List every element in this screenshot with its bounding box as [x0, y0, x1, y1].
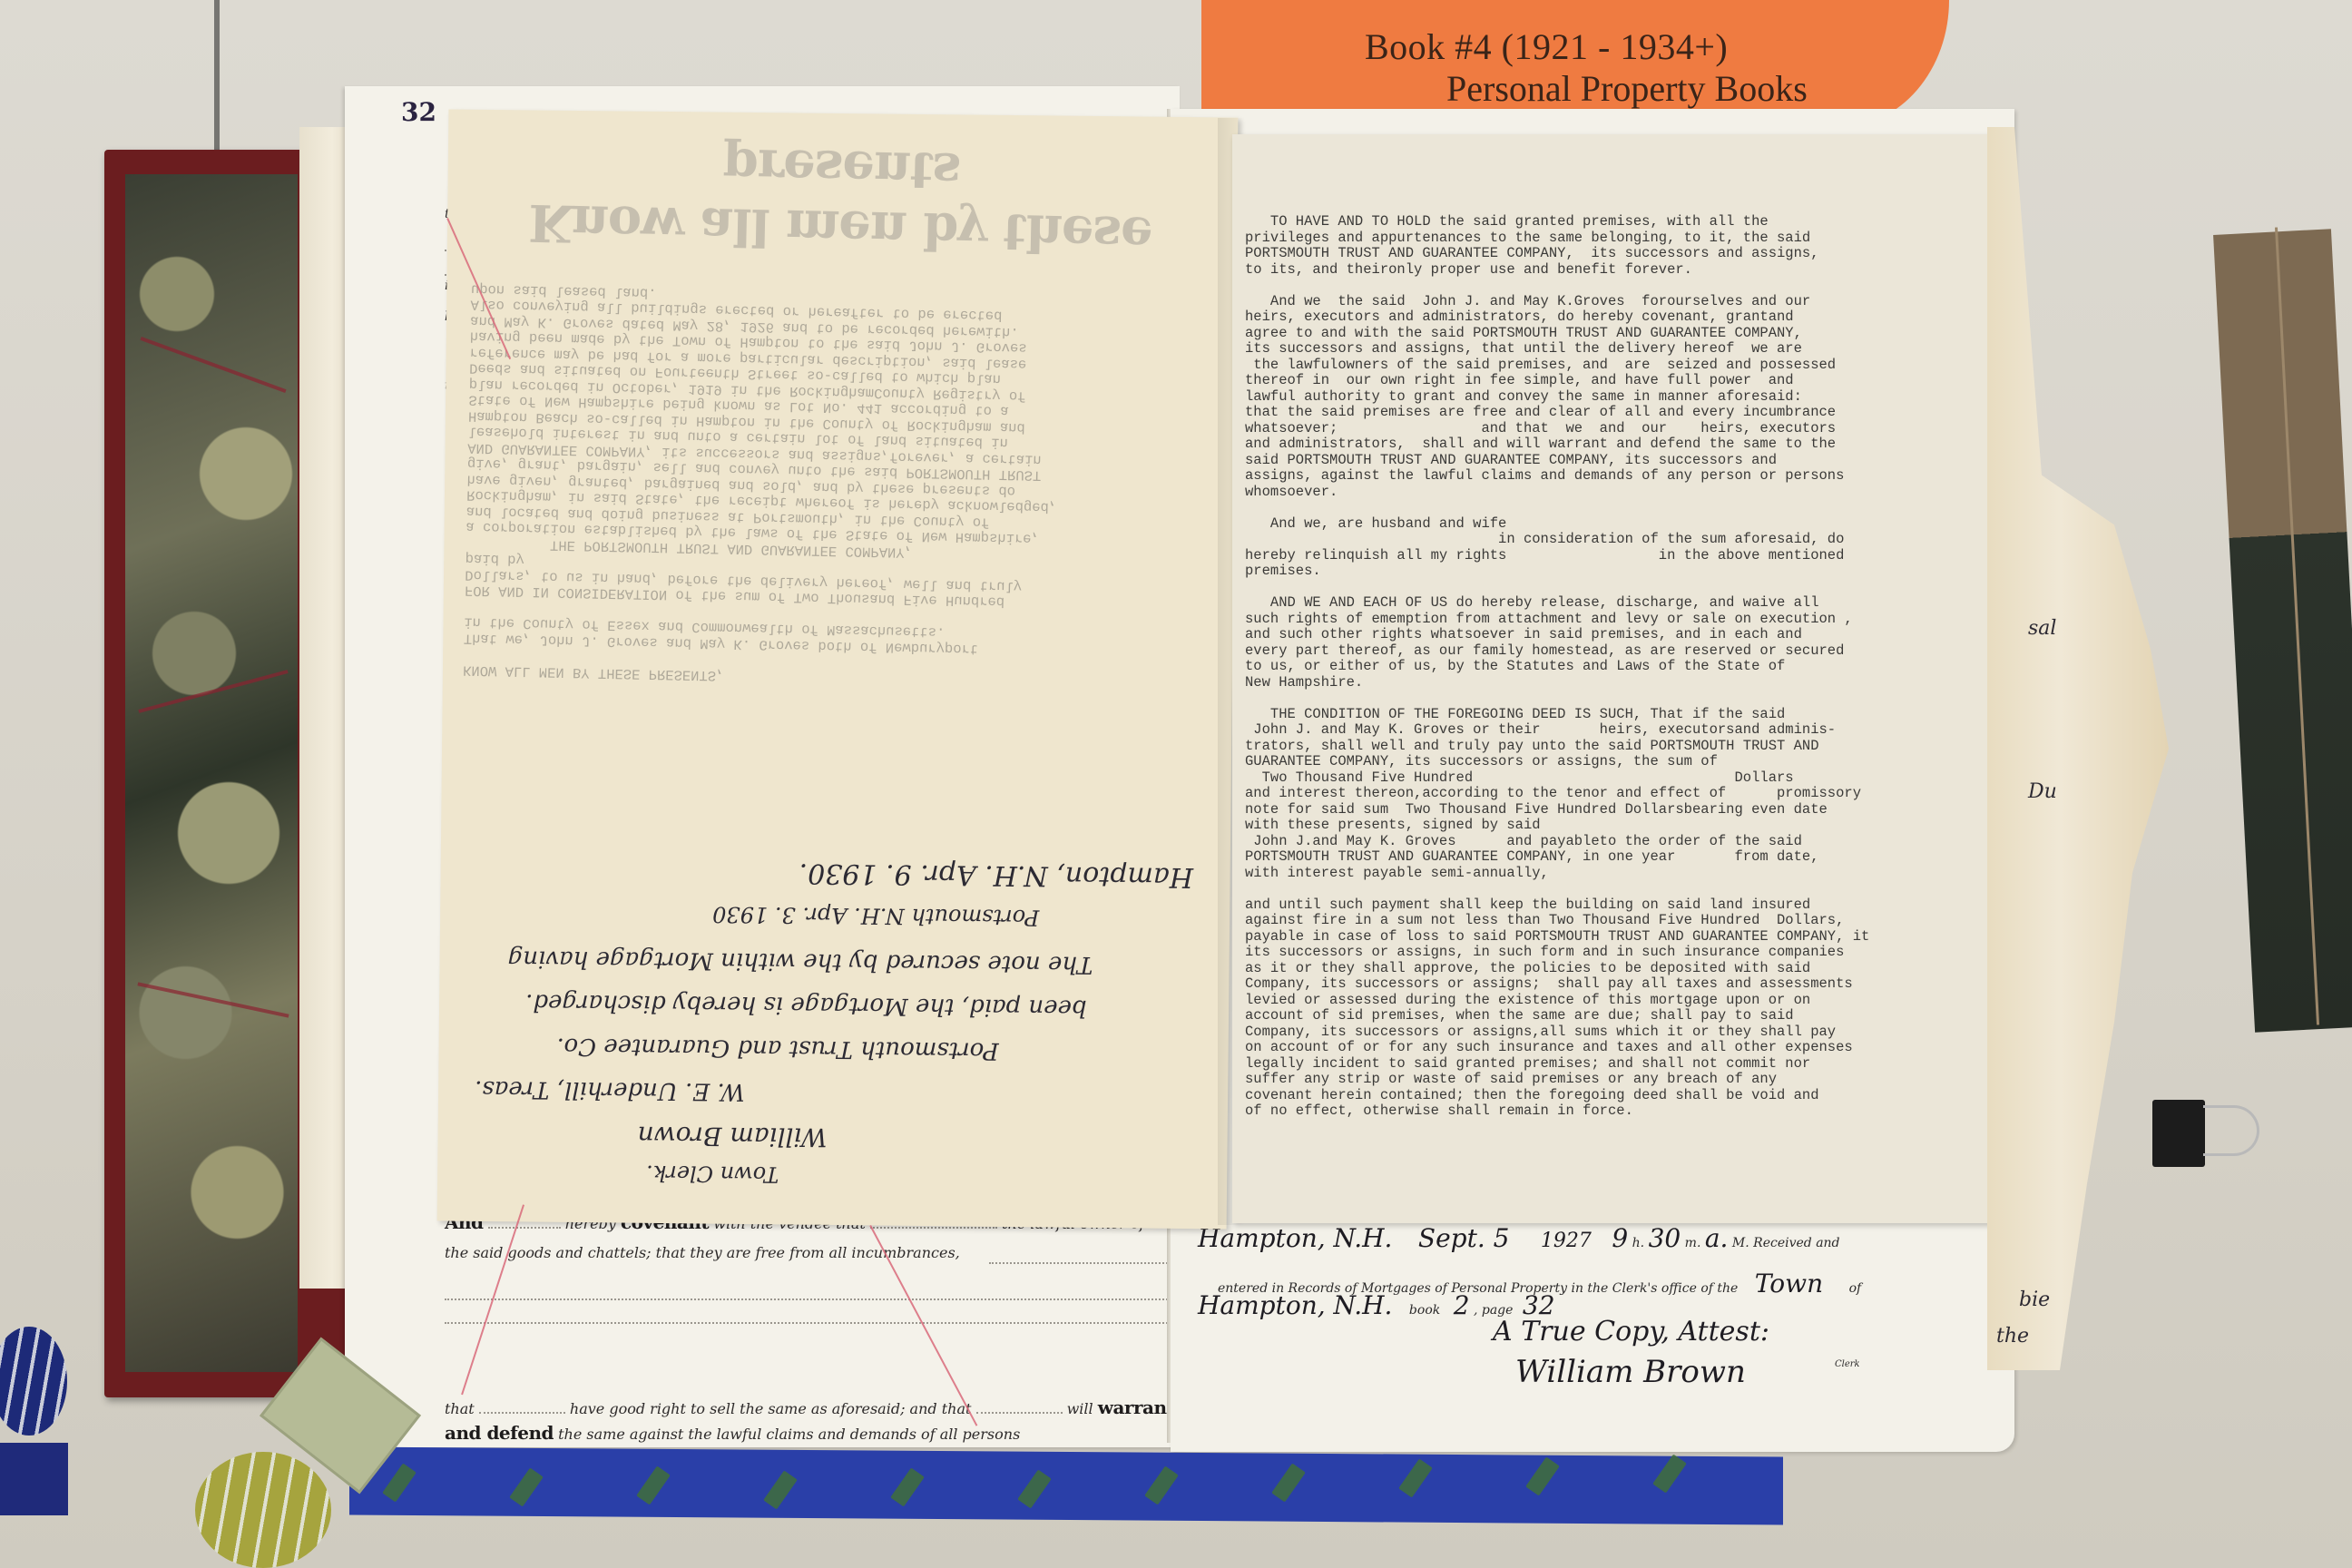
typed-line: premises. [1245, 563, 1869, 580]
handwritten-place-2: Hampton, N.H. [1198, 1290, 1392, 1320]
typed-line: with interest payable semi-annually, [1245, 866, 1869, 882]
handwritten-ampm: a. [1705, 1223, 1729, 1253]
typed-line: to us, or either of us, by the Statutes … [1245, 659, 1869, 675]
paragraph-gap [1245, 580, 1869, 596]
binder-clip-handle[interactable] [2203, 1105, 2259, 1156]
defend-line: and defend the same against the lawful c… [445, 1422, 1020, 1444]
handwritten-date: Sept. 5 [1418, 1223, 1510, 1253]
fragment-word: the [1996, 1325, 2029, 1347]
of-text: of [1849, 1281, 1862, 1296]
blue-clip-base [0, 1443, 68, 1515]
that-text: that [445, 1400, 475, 1417]
typed-line: AND WE AND EACH OF US do hereby release,… [1245, 595, 1869, 612]
mirrored-town-clerk: Town Clerk. [646, 1161, 779, 1188]
mirrored-signature: William Brown [637, 1121, 827, 1152]
typed-line: And we, are husband and wife [1245, 516, 1869, 533]
desk-seam [214, 0, 220, 159]
typed-line: lawful authority to grant and convey the… [1245, 389, 1869, 406]
typed-line: the lawfulowners of the said premises, a… [1245, 358, 1869, 374]
typed-line: PORTSMOUTH TRUST AND GUARANTEE COMPANY, … [1245, 849, 1869, 866]
typed-sheet-front: TO HAVE AND TO HOLD the said granted pre… [1232, 134, 1996, 1223]
typed-line: GUARANTEE COMPANY, its successors or ass… [1245, 754, 1869, 770]
typed-line: that the said premises are free and clea… [1245, 405, 1869, 421]
handwritten-office: Town [1755, 1269, 1823, 1298]
typed-line: Company, its successors or assigns,all s… [1245, 1024, 1869, 1041]
typed-line: privileges and appurtenances to the same… [1245, 230, 1869, 247]
typed-line: such rights of ememption from attachment… [1245, 612, 1869, 628]
typed-line: payable in case of loss to said PORTSMOU… [1245, 929, 1869, 946]
typed-line: and such other rights whatsoever in said… [1245, 627, 1869, 643]
typed-line: John J.and May K. Groves and payableto t… [1245, 834, 1869, 850]
page-number-left: 32 [401, 97, 436, 127]
paragraph-gap [1245, 500, 1869, 516]
typed-line: assigns, against the lawful claims and d… [1245, 468, 1869, 485]
fragment-word: bie [2019, 1289, 2050, 1311]
typed-line: THE CONDITION OF THE FOREGOING DEED IS S… [1245, 707, 1869, 723]
typed-line: trators, shall well and truly pay unto t… [1245, 739, 1869, 755]
mirrored-discharge-line: The note secured by the within Mortgage … [507, 945, 1093, 978]
typed-line: and interest thereon,according to the te… [1245, 786, 1869, 802]
typed-line: PORTSMOUTH TRUST AND GUARANTEE COMPANY, … [1245, 246, 1869, 262]
typed-line: covenant herein contained; then the fore… [1245, 1088, 1869, 1104]
paragraph-gap [1245, 881, 1869, 897]
typed-line: John J. and May K. Groves or their heirs… [1245, 722, 1869, 739]
typed-line: and administrators, shall and will warra… [1245, 436, 1869, 453]
typed-line: And we the said John J. and May K.Groves… [1245, 294, 1869, 310]
handwritten-hour: 9 [1612, 1223, 1628, 1253]
clerk-label: Clerk [1835, 1359, 1860, 1369]
typed-line: as it or they shall approve, the policie… [1245, 961, 1869, 977]
typed-line: levied or assessed during the existence … [1245, 993, 1869, 1009]
right-to-sell-line: that have good right to sell the same as… [445, 1396, 1174, 1418]
typed-line: note for said sum Two Thousand Five Hund… [1245, 802, 1869, 818]
typed-line: legally incident to said granted premise… [1245, 1056, 1869, 1073]
clerk-signature: William Brown [1515, 1354, 1746, 1390]
typed-line: Company, its successors or assigns; shal… [1245, 976, 1869, 993]
green-magnet-clip[interactable] [195, 1452, 331, 1568]
gothic-warrant: warrant [1098, 1396, 1175, 1418]
defend-text: the same against the lawful claims and d… [558, 1426, 1020, 1443]
minute-label: m. [1685, 1236, 1701, 1250]
typed-line: against fire in a sum not less than Two … [1245, 913, 1869, 929]
typed-line: every part thereof, as our family homest… [1245, 643, 1869, 660]
typed-deed-text: TO HAVE AND TO HOLD the said granted pre… [1245, 214, 1869, 1120]
fragment-word: Du [2028, 780, 2057, 803]
typed-line: on account of or for any such insurance … [1245, 1040, 1869, 1056]
blue-painters-tape [349, 1446, 1783, 1524]
mirrored-typed-block: KNOW ALL MEN BY THESE PRESENTS, That we,… [463, 170, 1200, 693]
typed-line: suffer any strip or waste of said premis… [1245, 1072, 1869, 1088]
typed-line: with these presents, signed by said [1245, 818, 1869, 834]
mirrored-typed-text: KNOW ALL MEN BY THESE PRESENTS, That we,… [463, 280, 1197, 692]
typed-line: its successors and assigns, that until t… [1245, 341, 1869, 358]
typed-line: its successors or assigns, in such form … [1245, 945, 1869, 961]
typed-line: whomsoever. [1245, 485, 1869, 501]
handwritten-place: Hampton, N.H. [1198, 1223, 1392, 1253]
typed-line: of no effect, otherwise shall remain in … [1245, 1103, 1869, 1120]
typed-line: to its, and theironly proper use and ben… [1245, 262, 1869, 279]
paragraph-gap [1245, 691, 1869, 707]
typed-line: account of sid premises, when the same a… [1245, 1008, 1869, 1024]
tab-title: Book #4 (1921 - 1934+) [1365, 25, 1728, 68]
typed-line: heirs, executors and administrators, do … [1245, 309, 1869, 326]
typed-line: TO HAVE AND TO HOLD the said granted pre… [1245, 214, 1869, 230]
recording-line-1: Hampton, N.H. Sept. 5 1927 9 h. 30 m. a.… [1198, 1223, 1840, 1253]
mirrored-discharge-line: Hampton, N.H. Apr. 9. 1930. [799, 857, 1193, 894]
m-suffix: M. [1732, 1236, 1749, 1250]
typed-line: Two Thousand Five Hundred Dollars [1245, 770, 1869, 787]
tab-subtitle: Personal Property Books [1446, 67, 1808, 110]
right-to-sell-text: have good right to sell the same as afor… [570, 1400, 972, 1417]
typed-line: in consideration of the sum aforesaid, d… [1245, 532, 1869, 548]
mirrored-discharge-line: Portsmouth Trust and Guarantee Co. [556, 1033, 998, 1064]
handwritten-minute: 30 [1649, 1223, 1681, 1253]
handwritten-book: 2 [1454, 1290, 1470, 1320]
typed-line: hereby relinquish all my rights in the a… [1245, 548, 1869, 564]
marbled-endpaper [125, 174, 298, 1372]
typed-line: New Hampshire. [1245, 675, 1869, 691]
gothic-and-defend: and defend [445, 1422, 554, 1444]
typed-line: and until such payment shall keep the bu… [1245, 897, 1869, 914]
book-label: book [1409, 1303, 1440, 1318]
typed-sheet-reverse: Know all men by these presents KNOW ALL … [437, 109, 1239, 1229]
attest-text: A True Copy, Attest: [1493, 1316, 1769, 1347]
paragraph-gap [1245, 278, 1869, 294]
hour-label: h. [1632, 1236, 1644, 1250]
will-text: will [1067, 1400, 1093, 1417]
typed-line: thereof in our own right in fee simple, … [1245, 373, 1869, 389]
binder-clip[interactable] [2152, 1100, 2205, 1167]
mirrored-discharge-line: been paid, the Mortgage is hereby discha… [525, 988, 1087, 1021]
handwritten-year: 1927 [1541, 1230, 1592, 1252]
received-text: Received and [1753, 1236, 1839, 1250]
typed-line: whatsoever; and that we and our heirs, e… [1245, 421, 1869, 437]
mirrored-discharge-line: W. E. Underhill, Treas. [475, 1075, 745, 1105]
typed-line: agree to and with the said PORTSMOUTH TR… [1245, 326, 1869, 342]
mirrored-discharge-line: Portsmouth N.H. Apr. 3. 1930 [712, 902, 1039, 931]
fragment-word: sal [2028, 617, 2056, 640]
typed-line: said PORTSMOUTH TRUST AND GUARANTEE COMP… [1245, 453, 1869, 469]
